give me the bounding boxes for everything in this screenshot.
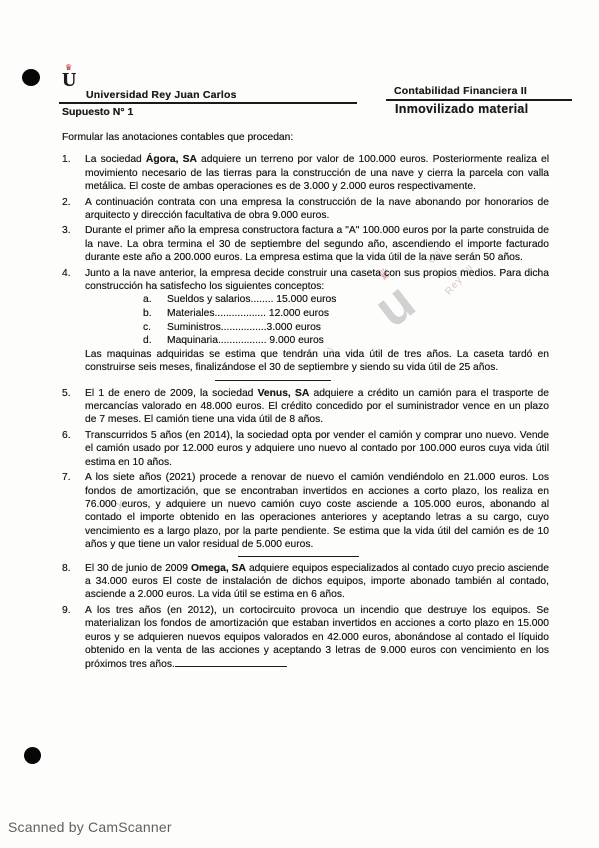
item-number: 2. <box>62 196 85 223</box>
document-body: Formular las anotaciones contables que p… <box>62 131 549 674</box>
item-number: 9. <box>62 604 85 672</box>
scanned-document-page: ♛ u Uni Rey Ju x ) / ♛ U Universidad Rey… <box>0 0 599 848</box>
hole-punch-dot-top <box>22 69 40 86</box>
company-name: Omega, SA <box>191 563 246 574</box>
cost-breakdown-list: a.Sueldos y salarios........ 15.000 euro… <box>143 293 549 347</box>
item-number: 4. <box>62 267 85 375</box>
course-title: Contabilidad Financiera II <box>394 85 527 97</box>
trailing-blank-line <box>175 657 287 667</box>
item-number: 8. <box>62 562 85 602</box>
university-name: Universidad Rey Juan Carlos <box>86 89 237 101</box>
item-text: A los siete años (2021) procede a renova… <box>85 471 549 551</box>
item-text: El 30 de junio de 2009 Omega, SA adquier… <box>85 562 549 602</box>
list-item-7: 7. A los siete años (2021) procede a ren… <box>62 471 549 551</box>
item-text: A continuación contrata con una empresa … <box>85 196 549 223</box>
sub-item-letter: c. <box>143 321 167 335</box>
item-text: La sociedad Ágora, SA adquiere un terren… <box>85 153 549 193</box>
list-item-4: 4. Junto a la nave anterior, la empresa … <box>62 267 549 375</box>
item-text: El 1 de enero de 2009, la sociedad Venus… <box>85 387 549 427</box>
item-number: 1. <box>62 153 85 193</box>
list-item-2: 2. A continuación contrata con una empre… <box>62 196 549 223</box>
sub-item-text: Maquinaria................. 9.000 euros <box>167 334 324 348</box>
separator-line <box>215 380 331 381</box>
university-logo: ♛ U <box>62 64 86 91</box>
header-rule-right <box>386 99 572 101</box>
sub-item-text: Materiales.................. 12.000 euro… <box>167 307 329 321</box>
item-number: 7. <box>62 471 85 551</box>
item-text: Junto a la nave anterior, la empresa dec… <box>85 267 549 375</box>
item-text-segment: El 1 de enero de 2009, la sociedad <box>85 388 258 399</box>
header-rule-left <box>59 102 357 104</box>
sub-item-text: Sueldos y salarios........ 15.000 euros <box>167 293 336 307</box>
sub-item-text: Suministros................3.000 euros <box>167 321 321 335</box>
sub-item-letter: a. <box>143 293 167 307</box>
item-number: 5. <box>62 387 85 427</box>
company-name: Ágora, SA <box>146 154 197 165</box>
item-text-segment: A los tres años (en 2012), un cortocircu… <box>85 605 549 671</box>
item-text: Durante el primer año la empresa constru… <box>85 224 549 264</box>
item-text: Transcurridos 5 años (en 2014), la socie… <box>85 429 549 469</box>
list-item-5: 5. El 1 de enero de 2009, la sociedad Ve… <box>62 387 549 427</box>
item-text-segment: La sociedad <box>85 154 146 165</box>
camscanner-credit: Scanned by CamScanner <box>8 819 172 835</box>
sheet-number: Supuesto N° 1 <box>62 106 133 118</box>
company-name: Venus, SA <box>258 388 310 399</box>
item-text-segment: Junto a la nave anterior, la empresa dec… <box>85 267 549 294</box>
instructions-line: Formular las anotaciones contables que p… <box>62 131 549 144</box>
separator-line <box>238 556 359 557</box>
list-item-3: 3. Durante el primer año la empresa cons… <box>62 224 549 264</box>
sub-item-letter: d. <box>143 334 167 348</box>
cost-item-salaries: a.Sueldos y salarios........ 15.000 euro… <box>143 293 549 307</box>
list-item-8: 8. El 30 de junio de 2009 Omega, SA adqu… <box>62 562 549 602</box>
item-text-segment: El 30 de junio de 2009 <box>85 563 191 574</box>
cost-item-supplies: c.Suministros................3.000 euros <box>143 321 549 335</box>
list-item-6: 6. Transcurridos 5 años (en 2014), la so… <box>62 429 549 469</box>
list-item-1: 1. La sociedad Ágora, SA adquiere un ter… <box>62 153 549 193</box>
item-text-tail: Las maquinas adquiridas se estima que te… <box>85 348 549 375</box>
cost-item-materials: b.Materiales.................. 12.000 eu… <box>143 307 549 321</box>
item-number: 6. <box>62 429 85 469</box>
hole-punch-dot-bottom <box>23 746 42 765</box>
logo-letter: U <box>62 69 76 91</box>
item-number: 3. <box>62 224 85 264</box>
list-item-9: 9. A los tres años (en 2012), un cortoci… <box>62 604 549 672</box>
sub-item-letter: b. <box>143 307 167 321</box>
topic-title: Inmovilizado material <box>395 102 528 116</box>
item-text: A los tres años (en 2012), un cortocircu… <box>85 604 549 672</box>
cost-item-machinery: d.Maquinaria................. 9.000 euro… <box>143 334 549 348</box>
